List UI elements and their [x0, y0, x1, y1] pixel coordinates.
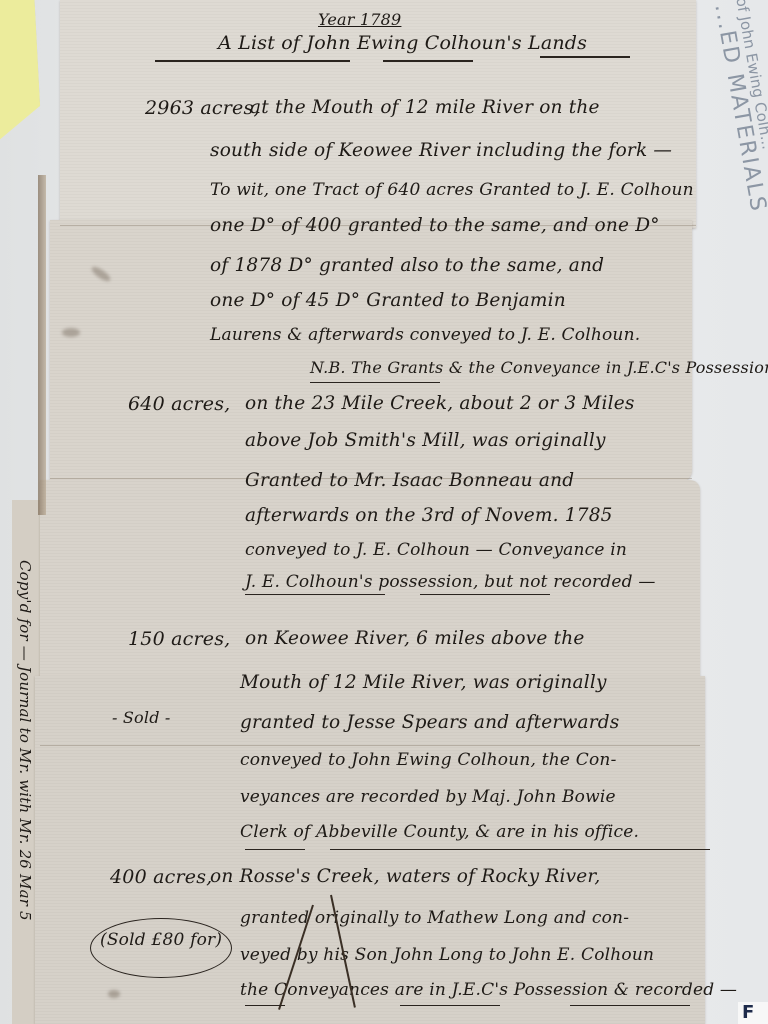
- entry-line: at the Mouth of 12 mile River on the: [250, 97, 600, 118]
- entry-line: on the 23 Mile Creek, about 2 or 3 Miles: [245, 393, 635, 414]
- acres-label: 150 acres,: [128, 628, 230, 650]
- entry-underline: [330, 849, 710, 850]
- entry-line: To wit, one Tract of 640 acres Granted t…: [210, 180, 694, 200]
- entry-line: the Conveyances are in J.E.C's Possessio…: [240, 980, 737, 1000]
- title-underline: [155, 60, 350, 62]
- entry-line: on Keowee River, 6 miles above the: [245, 628, 585, 649]
- entry-line: conveyed to John Ewing Colhoun, the Con-: [240, 750, 617, 770]
- entry-line: Mouth of 12 Mile River, was originally: [240, 672, 607, 693]
- archive-folder-label: of John Ewing Colh... ...ED MATERIALS: [704, 0, 764, 330]
- acres-label: 400 acres,: [110, 866, 212, 888]
- entry-line: granted originally to Mathew Long and co…: [240, 908, 629, 928]
- entry-note: N.B. The Grants & the Conveyance in J.E.…: [310, 358, 768, 377]
- entry-line: of 1878 D° granted also to the same, and: [210, 255, 604, 276]
- entry-line: Clerk of Abbeville County, & are in his …: [240, 822, 639, 842]
- entry-line: granted to Jesse Spears and afterwards: [240, 712, 620, 733]
- sold-price-note: (Sold £80 for): [100, 930, 222, 950]
- entry-underline: [245, 1005, 285, 1006]
- entry-line: Laurens & afterwards conveyed to J. E. C…: [210, 325, 640, 345]
- acres-label: 640 acres,: [128, 393, 230, 415]
- sold-margin-note: - Sold -: [112, 708, 171, 727]
- corner-tab: F: [738, 1002, 768, 1024]
- title-underline: [383, 60, 473, 62]
- entry-line: one D° of 400 granted to the same, and o…: [210, 215, 660, 236]
- torn-edge: [38, 175, 46, 515]
- vertical-margin-note: Copy'd for — Journal to Mr. with Mr. 26 …: [16, 560, 34, 921]
- entry-underline: [570, 1005, 690, 1006]
- entry-underline: [400, 1005, 500, 1006]
- entry-line: J. E. Colhoun's possession, but not reco…: [245, 572, 656, 592]
- entry-line: Granted to Mr. Isaac Bonneau and: [245, 470, 574, 491]
- title-underline: [540, 56, 630, 58]
- entry-underline: [245, 849, 305, 850]
- entry-line: on Rosse's Creek, waters of Rocky River,: [210, 866, 601, 887]
- entry-line: afterwards on the 3rd of Novem. 1785: [245, 505, 613, 526]
- entry-line: veyances are recorded by Maj. John Bowie: [240, 787, 616, 807]
- ink-stain: [62, 328, 80, 337]
- acres-label: 2963 acres,: [145, 97, 260, 119]
- entry-line: conveyed to J. E. Colhoun — Conveyance i…: [245, 540, 627, 560]
- entry-line: veyed by his Son John Long to John E. Co…: [240, 945, 654, 965]
- entry-underline: [420, 594, 550, 595]
- entry-line: one D° of 45 D° Granted to Benjamin: [210, 290, 566, 311]
- entry-line: above Job Smith's Mill, was originally: [245, 430, 606, 451]
- document-year: Year 1789: [318, 10, 401, 29]
- entry-underline: [245, 594, 385, 595]
- entry-line: south side of Keowee River including the…: [210, 140, 672, 161]
- document-title: A List of John Ewing Colhoun's Lands: [218, 32, 587, 54]
- ink-stain: [108, 990, 120, 998]
- fold-line: [40, 745, 700, 746]
- note-underline: [310, 382, 440, 383]
